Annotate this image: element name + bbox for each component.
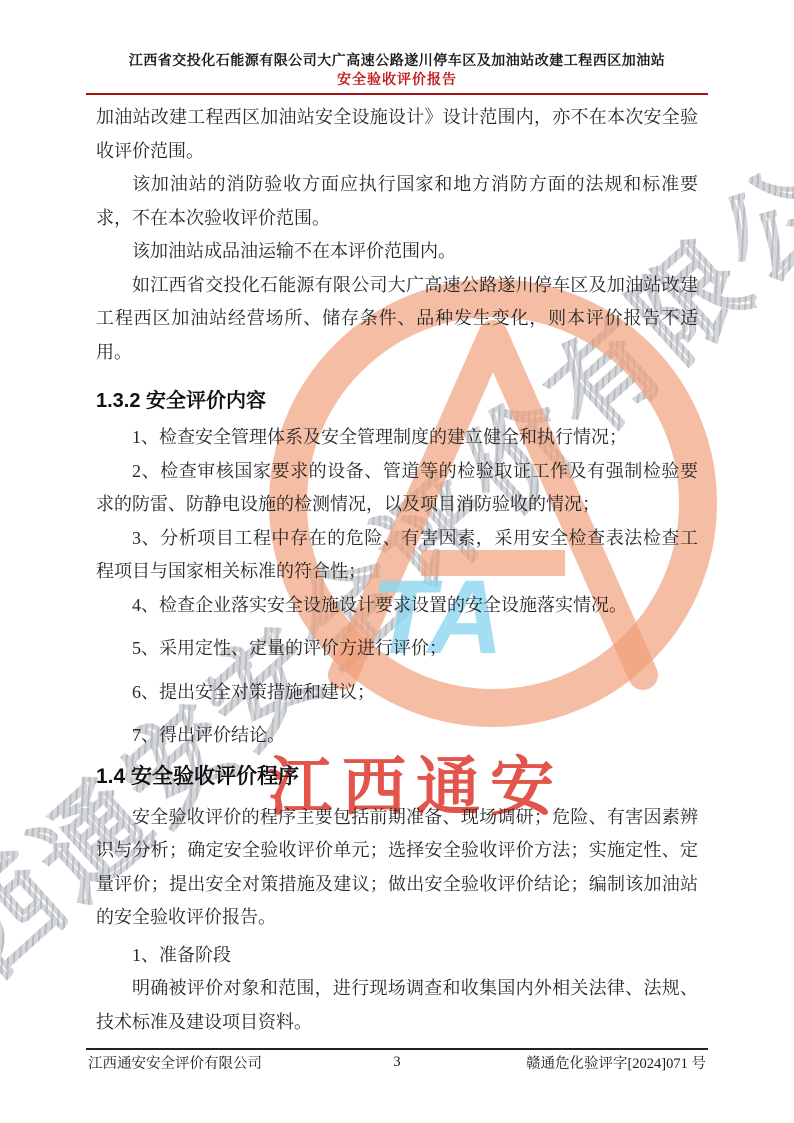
paragraph: 2、检查审核国家要求的设备、管道等的检验取证工作及有强制检验要求的防雷、防静电设…	[96, 455, 698, 522]
paragraph: 1、检查安全管理体系及安全管理制度的建立健全和执行情况；	[96, 421, 698, 455]
header-rule	[86, 93, 708, 95]
paragraph: 1、准备阶段	[96, 939, 698, 973]
page-footer: 江西通安安全评价有限公司 3 赣通危化验评字[2024]071 号	[88, 1052, 706, 1073]
document-page: 江西通安安全评价有限公司 TA 江西通安 江西省交投化石能源有限公司大广高速公路…	[0, 0, 794, 1123]
paragraph: 3、分析项目工程中存在的危险、有害因素，采用安全检查表法检查工程项目与国家相关标…	[96, 522, 698, 589]
section-heading: 1.4 安全验收评价程序	[96, 759, 698, 795]
paragraph: 6、提出安全对策措施和建议；	[96, 676, 698, 710]
footer-doc-number: 赣通危化验评字[2024]071 号	[401, 1052, 706, 1073]
page-header: 江西省交投化石能源有限公司大广高速公路遂川停车区及加油站改建工程西区加油站 安全…	[86, 52, 708, 90]
document-body: 加油站改建工程西区加油站安全设施设计》设计范围内，亦不在本次安全验收评价范围。该…	[96, 101, 698, 1039]
paragraph: 该加油站的消防验收方面应执行国家和地方消防方面的法规和标准要求，不在本次验收评价…	[96, 168, 698, 235]
paragraph: 该加油站成品油运输不在本评价范围内。	[96, 235, 698, 269]
paragraph: 安全验收评价的程序主要包括前期准备、现场调研；危险、有害因素辨识与分析；确定安全…	[96, 801, 698, 935]
paragraph: 如江西省交投化石能源有限公司大广高速公路遂川停车区及加油站改建工程西区加油站经营…	[96, 269, 698, 370]
paragraph: 4、检查企业落实安全设施设计要求设置的安全设施落实情况。	[96, 589, 698, 623]
footer-rule	[86, 1048, 708, 1050]
footer-company: 江西通安安全评价有限公司	[88, 1052, 393, 1073]
paragraph: 5、采用定性、定量的评价方进行评价；	[96, 632, 698, 666]
header-project-title: 江西省交投化石能源有限公司大广高速公路遂川停车区及加油站改建工程西区加油站	[86, 52, 708, 72]
section-heading: 1.3.2 安全评价内容	[96, 383, 698, 419]
footer-page-number: 3	[393, 1054, 400, 1071]
paragraph: 加油站改建工程西区加油站安全设施设计》设计范围内，亦不在本次安全验收评价范围。	[96, 101, 698, 168]
paragraph: 明确被评价对象和范围，进行现场调查和收集国内外相关法律、法规、技术标准及建设项目…	[96, 972, 698, 1039]
paragraph: 7、得出评价结论。	[96, 719, 698, 753]
header-report-title: 安全验收评价报告	[86, 72, 708, 90]
